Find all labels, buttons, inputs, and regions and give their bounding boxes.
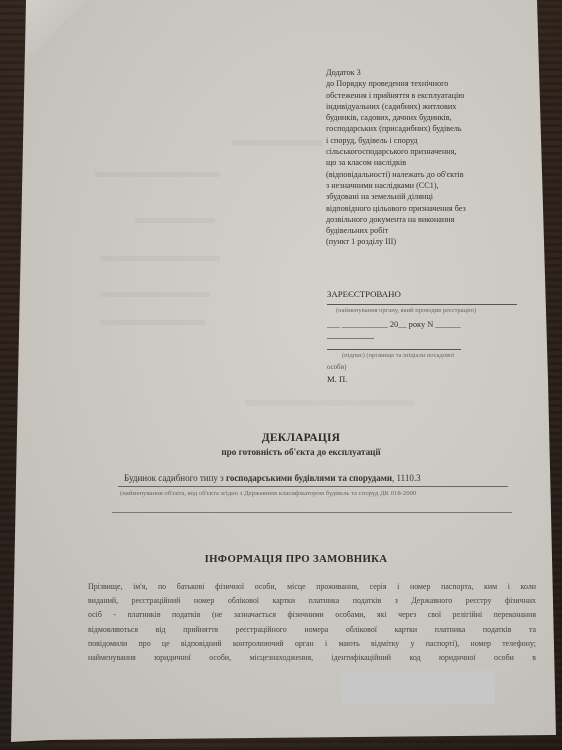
paper-fold-corner xyxy=(26,0,86,60)
object-name-underline xyxy=(118,486,508,487)
registered-label: ЗАРЕЄСТРОВАНО xyxy=(327,289,401,299)
signature-line xyxy=(327,349,461,350)
object-name-bold: господарськими будівлями та спорудами xyxy=(226,473,392,483)
appendix-line: збудовані на земельній ділянці xyxy=(326,191,526,202)
paragraph-line: Прізвище, ім'я, по батькові фізичної осо… xyxy=(88,580,536,594)
bleed-through-mark xyxy=(245,400,415,406)
customer-info-paragraph: Прізвище, ім'я, по батькові фізичної осо… xyxy=(88,580,536,665)
paragraph-line: найменування юридичної особи, місцезнахо… xyxy=(88,651,536,665)
appendix-line: індивідуальних (садибних) житлових xyxy=(326,101,526,112)
appendix-line: (відповідальності) належать до об'єктів xyxy=(326,169,526,180)
customer-section-title: ІНФОРМАЦІЯ ПРО ЗАМОВНИКА xyxy=(0,553,562,565)
appendix-line: до Порядку проведення технічного xyxy=(326,78,526,89)
signature-caption: (підпис) (прізвище та ініціали посадової xyxy=(342,352,454,359)
appendix-line: сільськогосподарського призначення, xyxy=(326,146,526,157)
organ-name-line xyxy=(327,304,517,305)
appendix-line: відповідного цільового призначення без xyxy=(326,203,526,214)
object-name-field: Будинок садибного типу з господарськими … xyxy=(124,473,421,483)
bleed-through-mark xyxy=(100,256,220,261)
bleed-through-mark xyxy=(100,320,205,325)
bleed-through-mark xyxy=(95,172,220,177)
redaction-box xyxy=(341,671,495,704)
appendix-line: будинків, садових, дачних будинків, xyxy=(326,112,526,123)
appendix-line: дозвільного документа на виконання xyxy=(326,214,526,225)
paragraph-line: виданий, реєстраційний номер облікової к… xyxy=(88,594,536,608)
declaration-subtitle: про готовність об'єкта до експлуатації xyxy=(0,447,562,457)
appendix-line: і споруд, будівель і споруд xyxy=(326,135,526,146)
appendix-line: будівельних робіт xyxy=(326,225,526,236)
bleed-through-mark xyxy=(135,218,215,223)
paragraph-line: відмовляються від прийняття реєстраційно… xyxy=(88,623,536,637)
object-name-prefix: Будинок садибного типу з xyxy=(124,473,226,483)
appendix-line: з незначними наслідками (СС1), xyxy=(326,180,526,191)
appendix-line: господарських (присадибних) будівель xyxy=(326,123,526,134)
declaration-title: ДЕКЛАРАЦІЯ xyxy=(0,432,562,444)
appendix-line: що за класом наслідків xyxy=(326,157,526,168)
paragraph-line: повідомили про це відповідний контролююч… xyxy=(88,637,536,651)
appendix-line: обстеження і прийняття в експлуатацію xyxy=(326,90,526,101)
paragraph-line: осіб - платників податків (не зазначаєть… xyxy=(88,608,536,622)
paper-document: Додаток 3 до Порядку проведення технічно… xyxy=(0,0,562,750)
registration-date-number-line: ___ ___________ 20__ року N ______ xyxy=(327,320,461,329)
registration-number-continuation-line xyxy=(327,338,374,339)
appendix-line: (пункт 1 розділу III) xyxy=(326,236,526,247)
object-caption: (найменування об'єкта, код об'єкта згідн… xyxy=(120,490,416,497)
signature-caption-continued: особи) xyxy=(327,364,346,371)
stamp-place-label: М. П. xyxy=(327,374,347,384)
object-code: , 1110.3 xyxy=(392,473,421,483)
organ-caption: (найменування органу, який проводив реєс… xyxy=(336,307,476,314)
object-extra-underline xyxy=(112,512,512,513)
bleed-through-mark xyxy=(100,292,210,297)
appendix-header: Додаток 3 до Порядку проведення технічно… xyxy=(326,67,526,248)
appendix-line: Додаток 3 xyxy=(326,67,526,78)
bleed-through-mark xyxy=(232,140,322,146)
